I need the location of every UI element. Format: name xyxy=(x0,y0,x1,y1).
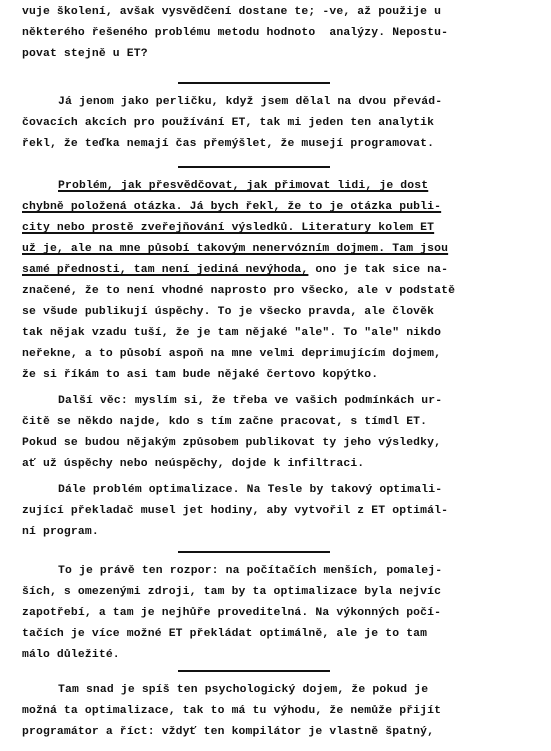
section-divider xyxy=(178,166,330,168)
text-line: řekl, že teďka nemají čas přemýšlet, že … xyxy=(22,134,434,154)
text-line: značené, že to není vhodné naprosto pro … xyxy=(22,281,455,301)
text-line: čovacích akcích pro používání ET, tak mi… xyxy=(22,113,434,133)
text-line: málo důležité. xyxy=(22,645,120,665)
text-line: zující překladač musel jet hodiny, aby v… xyxy=(22,501,448,521)
text-line: ní program. xyxy=(22,522,99,542)
text-line: Tam snad je spíš ten psychologický dojem… xyxy=(58,680,428,700)
text-line: tak nějak vzadu tuší, že je tam nějaké "… xyxy=(22,323,441,343)
underlined-text-line: chybně položená otázka. Já bych řekl, že… xyxy=(22,197,441,217)
text-line: tačích je více možné ET překládat optimá… xyxy=(22,624,427,644)
text-line: To je právě ten rozpor: na počítačích me… xyxy=(58,561,442,581)
underlined-text-line: city nebo prostě zveřejňování výsledků. … xyxy=(22,218,434,238)
text-line: zapotřebí, a tam je nejhůře proveditelná… xyxy=(22,603,441,623)
text-line: možná ta optimalizace, tak to má tu výho… xyxy=(22,701,441,721)
text-line: se všude publikují úspěchy. To je všecko… xyxy=(22,302,434,322)
underlined-text: samé přednosti, tam není jediná nevýhoda… xyxy=(22,264,308,276)
text-line: že si říkám to asi tam bude nějaké čerto… xyxy=(22,365,378,385)
section-divider xyxy=(178,670,330,672)
text-line: Další věc: myslím si, že třeba ve vašich… xyxy=(58,391,442,411)
text-line: ať už úspěchy nebo neúspěchy, dojde k in… xyxy=(22,454,364,474)
text-line: Pokud se budou nějakým způsobem publikov… xyxy=(22,433,441,453)
text-line: programátor a říct: vždyť ten kompilátor… xyxy=(22,722,434,742)
text-line: Já jenom jako perličku, když jsem dělal … xyxy=(58,92,442,112)
section-divider xyxy=(178,551,330,553)
text-line: vuje školení, avšak vysvědčení dostane t… xyxy=(22,2,441,22)
underlined-text-line: už je, ale na mne působí takovým nenervó… xyxy=(22,239,448,259)
text-line: čitě se někdo najde, kdo s tím začne pra… xyxy=(22,412,427,432)
text-line: některého řešeného problému metodu hodno… xyxy=(22,23,448,43)
text: ono je tak sice na- xyxy=(308,264,448,276)
text-line: povat stejně u ET? xyxy=(22,44,148,64)
text-line: samé přednosti, tam není jediná nevýhoda… xyxy=(22,260,448,280)
typewritten-page: vuje školení, avšak vysvědčení dostane t… xyxy=(0,0,551,751)
text-line: Dále problém optimalizace. Na Tesle by t… xyxy=(58,480,442,500)
text-line: ších, s omezenými zdroji, tam by ta opti… xyxy=(22,582,441,602)
text-line: neřekne, a to působí aspoň na mne velmi … xyxy=(22,344,441,364)
underlined-text-line: Problém, jak přesvědčovat, jak přimovat … xyxy=(58,176,428,196)
section-divider xyxy=(178,82,330,84)
